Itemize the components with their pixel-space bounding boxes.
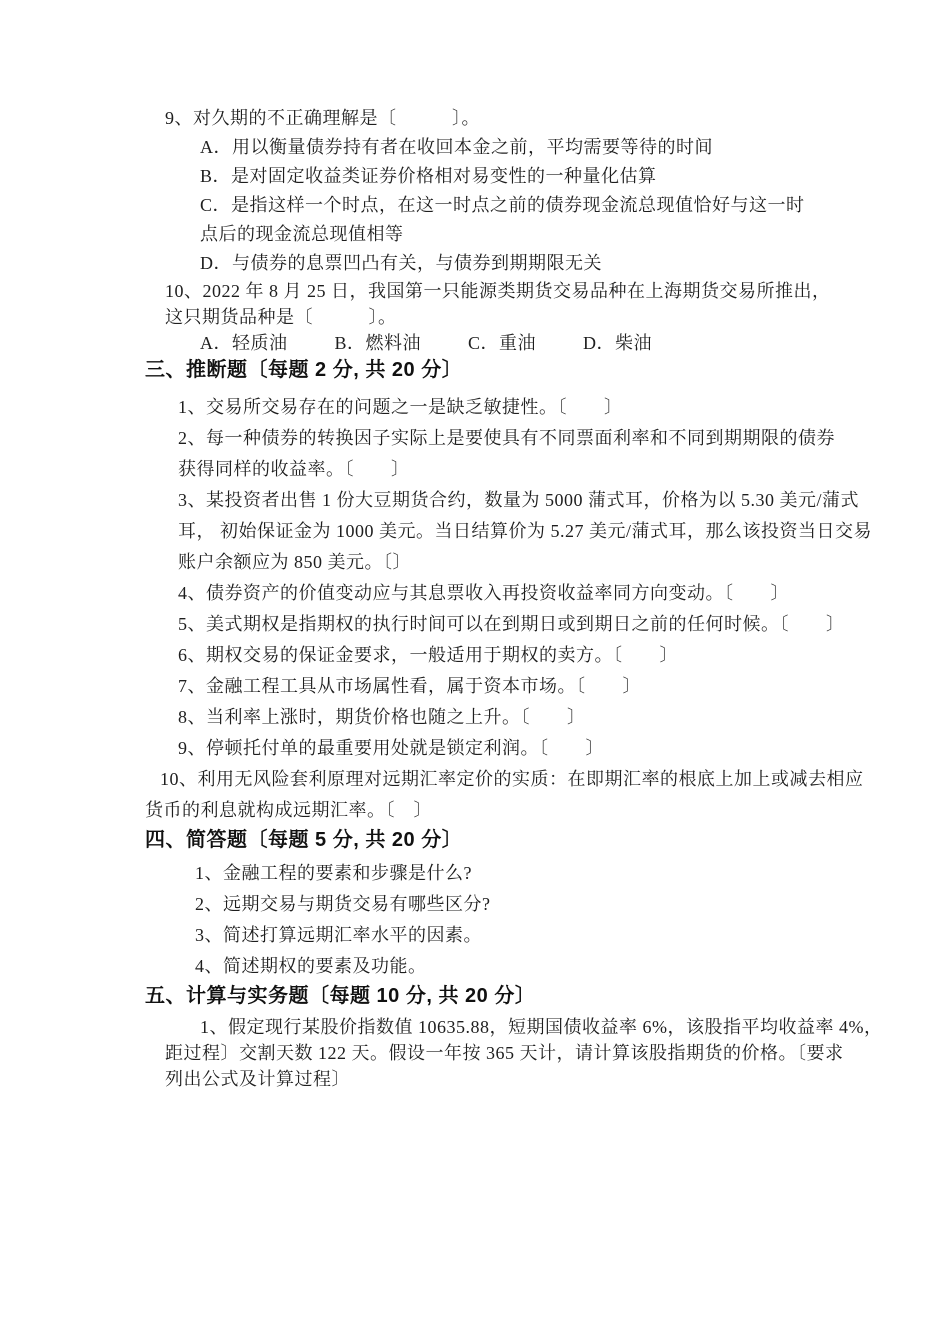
exam-document-page: 9、对久期的不正确理解是〔 〕。 A．用以衡量债券持有者在收回本金之前，平均需要… (0, 0, 950, 1344)
section-3-item-3-line2: 耳， 初始保证金为 1000 美元。当日结算价为 5.27 美元/蒲式耳，那么该… (145, 516, 890, 547)
section-5-items: 1、假定现行某股价指数值 10635.88，短期国债收益率 6%，该股指平均收益… (145, 1014, 890, 1092)
section-4-item-4: 4、简述期权的要素及功能。 (145, 951, 890, 982)
question-10-options-row: A．轻质油 B．燃料油 C．重油 D．柴油 (145, 330, 890, 356)
document-content: 9、对久期的不正确理解是〔 〕。 A．用以衡量债券持有者在收回本金之前，平均需要… (0, 0, 950, 1092)
section-3-item-5: 5、美式期权是指期权的执行时间可以在到期日或到期日之前的任何时候。〔 〕 (145, 609, 890, 640)
question-10-stem-line1: 10、2022 年 8 月 25 日，我国第一只能源类期货交易品种在上海期货交易… (145, 278, 890, 304)
section-4-items: 1、金融工程的要素和步骤是什么? 2、远期交易与期货交易有哪些区分? 3、简述打… (145, 858, 890, 982)
section-3-heading: 三、推断题〔每题 2 分, 共 20 分〕 (145, 356, 890, 384)
section-3-item-9: 9、停顿托付单的最重要用处就是锁定利润。〔 〕 (145, 733, 890, 764)
question-10-option-b: B．燃料油 (335, 330, 422, 356)
section-3-items: 1、交易所交易存在的问题之一是缺乏敏捷性。〔 〕 2、每一种债券的转换因子实际上… (145, 392, 890, 826)
section-5-item-1-line1: 1、假定现行某股价指数值 10635.88，短期国债收益率 6%，该股指平均收益… (145, 1014, 890, 1040)
question-10-option-c: C．重油 (468, 330, 536, 356)
question-9-option-b: B．是对固定收益类证券价格相对易变性的一种量化估算 (145, 162, 890, 191)
question-9-stem: 9、对久期的不正确理解是〔 〕。 (145, 104, 890, 133)
section-3-item-6: 6、期权交易的保证金要求，一般适用于期权的卖方。〔 〕 (145, 640, 890, 671)
section-3-item-7: 7、金融工程工具从市场属性看，属于资本市场。〔 〕 (145, 671, 890, 702)
section-3-item-1: 1、交易所交易存在的问题之一是缺乏敏捷性。〔 〕 (145, 392, 890, 423)
question-9-option-c-line2: 点后的现金流总现值相等 (145, 220, 890, 249)
section-3-item-4: 4、债券资产的价值变动应与其息票收入再投资收益率同方向变动。〔 〕 (145, 578, 890, 609)
section-4-item-2: 2、远期交易与期货交易有哪些区分? (145, 889, 890, 920)
section-3-item-2-line1: 2、每一种债券的转换因子实际上是要使具有不同票面利率和不同到期期限的债券 (145, 423, 890, 454)
question-9-option-c-line1: C．是指这样一个时点，在这一时点之前的债券现金流总现值恰好与这一时 (145, 191, 890, 220)
section-3-item-2-line2: 获得同样的收益率。〔 〕 (145, 454, 890, 485)
question-9-option-d: D．与债券的息票凹凸有关，与债券到期期限无关 (145, 249, 890, 278)
question-10-option-a: A．轻质油 (200, 330, 288, 356)
section-4-heading: 四、简答题〔每题 5 分, 共 20 分〕 (145, 826, 890, 854)
section-5-item-1-line3: 列出公式及计算过程〕 (145, 1066, 890, 1092)
section-3-item-10-line2: 货币的利息就构成远期汇率。〔 〕 (145, 795, 890, 826)
section-3-item-8: 8、当利率上涨时，期货价格也随之上升。〔 〕 (145, 702, 890, 733)
section-5-heading: 五、计算与实务题〔每题 10 分, 共 20 分〕 (145, 982, 890, 1010)
section-3-item-10-line1: 10、利用无风险套利原理对远期汇率定价的实质：在即期汇率的根底上加上或减去相应 (145, 764, 890, 795)
question-10-block: 10、2022 年 8 月 25 日，我国第一只能源类期货交易品种在上海期货交易… (145, 278, 890, 356)
question-10-stem-line2: 这只期货品种是〔 〕。 (145, 304, 890, 330)
section-3-item-3-line1: 3、某投资者出售 1 份大豆期货合约，数量为 5000 蒲式耳，价格为以 5.3… (145, 485, 890, 516)
section-3-item-3-line3: 账户余额应为 850 美元。〔〕 (145, 547, 890, 578)
section-4-item-3: 3、简述打算远期汇率水平的因素。 (145, 920, 890, 951)
question-9-option-a: A．用以衡量债券持有者在收回本金之前，平均需要等待的时间 (145, 133, 890, 162)
section-5-item-1-line2: 距过程〕交割天数 122 天。假设一年按 365 天计，请计算该股指期货的价格。… (145, 1040, 890, 1066)
question-10-option-d: D．柴油 (583, 330, 652, 356)
question-9-block: 9、对久期的不正确理解是〔 〕。 A．用以衡量债券持有者在收回本金之前，平均需要… (145, 104, 890, 278)
section-4-item-1: 1、金融工程的要素和步骤是什么? (145, 858, 890, 889)
